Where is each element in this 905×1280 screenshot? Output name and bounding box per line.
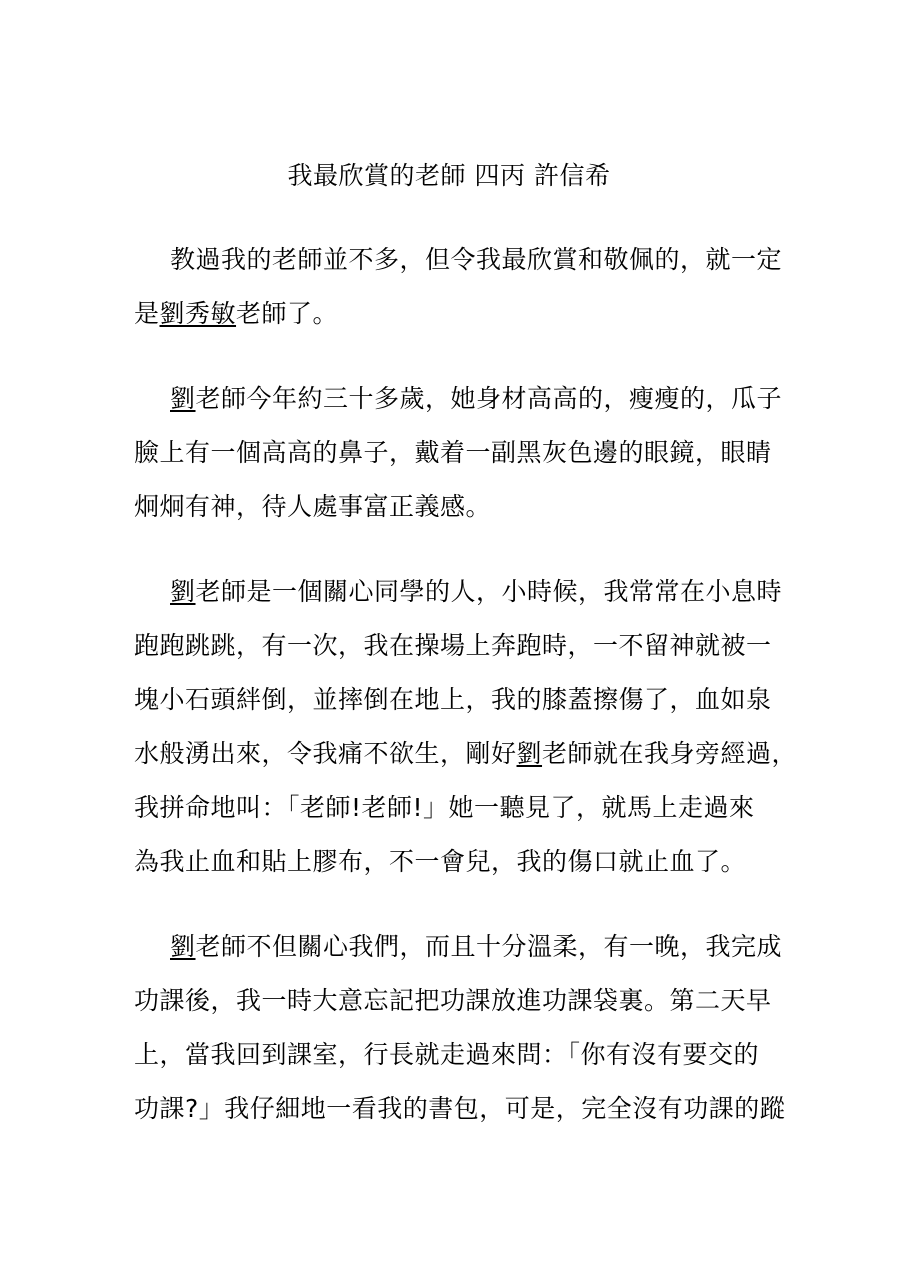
document-body: 教過我的老師並不多，但令我最欣賞和敬佩的，就一定是劉秀敏老師了。劉老師今年約三十… bbox=[134, 233, 795, 1136]
text-segment: 功課後，我一時大意忘記把功課放進功課袋裏。第二天早 bbox=[134, 986, 772, 1015]
text-segment: 水般湧出來，令我痛不欲生，剛好 bbox=[134, 739, 517, 768]
text-line: 塊小石頭絆倒，並摔倒在地上，我的膝蓋擦傷了，血如泉 bbox=[134, 673, 795, 727]
text-line: 為我止血和貼上膠布，不一會兒，我的傷口就止血了。 bbox=[134, 835, 795, 889]
text-segment: 為我止血和貼上膠布，不一會兒，我的傷口就止血了。 bbox=[134, 847, 746, 876]
text-segment: 老師不但關心我們，而且十分溫柔，有一晚，我完成 bbox=[196, 932, 783, 961]
underlined-name: 劉秀敏 bbox=[160, 299, 237, 328]
text-line: 上，當我回到課室，行長就走過來問：「你有沒有要交的 bbox=[134, 1028, 795, 1082]
text-segment: 跑跑跳跳，有一次，我在操場上奔跑時，一不留神就被一 bbox=[134, 631, 772, 660]
text-segment: 上，當我回到課室，行長就走過來問：「你有沒有要交的 bbox=[134, 1040, 759, 1069]
text-segment: 是 bbox=[134, 299, 160, 328]
text-line: 功課後，我一時大意忘記把功課放進功課袋裏。第二天早 bbox=[134, 974, 795, 1028]
text-segment: 老師就在我身旁經過， bbox=[542, 739, 797, 768]
paragraph: 劉老師是一個關心同學的人，小時候，我常常在小息時跑跑跳跳，有一次，我在操場上奔跑… bbox=[134, 565, 795, 889]
text-segment: 教過我的老師並不多，但令我最欣賞和敬佩的，就一定 bbox=[170, 245, 782, 274]
underlined-name: 劉 bbox=[170, 577, 196, 606]
text-segment: 老師了。 bbox=[236, 299, 338, 328]
text-line: 劉老師今年約三十多歲，她身材高高的，瘦瘦的，瓜子 bbox=[134, 372, 795, 426]
underlined-name: 劉 bbox=[517, 739, 543, 768]
text-segment: 功課?」我仔細地一看我的書包，可是，完全沒有功課的蹤 bbox=[134, 1094, 785, 1123]
text-line: 我拼命地叫：「老師!老師!」她一聽見了，就馬上走過來 bbox=[134, 781, 795, 835]
paragraph: 劉老師今年約三十多歲，她身材高高的，瘦瘦的，瓜子臉上有一個高高的鼻子，戴着一副黑… bbox=[134, 372, 795, 534]
text-line: 炯炯有神，待人處事富正義感。 bbox=[134, 480, 795, 534]
document-page: 我最欣賞的老師 四丙 許信希 教過我的老師並不多，但令我最欣賞和敬佩的，就一定是… bbox=[0, 0, 905, 1280]
text-segment: 我拼命地叫：「老師!老師!」她一聽見了，就馬上走過來 bbox=[134, 793, 755, 822]
text-segment: 老師是一個關心同學的人，小時候，我常常在小息時 bbox=[196, 577, 783, 606]
document-title: 我最欣賞的老師 四丙 許信希 bbox=[134, 162, 764, 190]
text-segment: 炯炯有神，待人處事富正義感。 bbox=[134, 492, 491, 521]
text-line: 是劉秀敏老師了。 bbox=[134, 287, 795, 341]
text-line: 臉上有一個高高的鼻子，戴着一副黑灰色邊的眼鏡，眼睛 bbox=[134, 426, 795, 480]
underlined-name: 劉 bbox=[170, 384, 196, 413]
text-line: 水般湧出來，令我痛不欲生，剛好劉老師就在我身旁經過， bbox=[134, 727, 795, 781]
text-line: 跑跑跳跳，有一次，我在操場上奔跑時，一不留神就被一 bbox=[134, 619, 795, 673]
text-segment: 臉上有一個高高的鼻子，戴着一副黑灰色邊的眼鏡，眼睛 bbox=[134, 438, 772, 467]
text-segment: 塊小石頭絆倒，並摔倒在地上，我的膝蓋擦傷了，血如泉 bbox=[134, 685, 772, 714]
text-segment: 老師今年約三十多歲，她身材高高的，瘦瘦的，瓜子 bbox=[196, 384, 783, 413]
text-line: 教過我的老師並不多，但令我最欣賞和敬佩的，就一定 bbox=[134, 233, 795, 287]
text-line: 功課?」我仔細地一看我的書包，可是，完全沒有功課的蹤 bbox=[134, 1082, 795, 1136]
underlined-name: 劉 bbox=[170, 932, 196, 961]
paragraph: 教過我的老師並不多，但令我最欣賞和敬佩的，就一定是劉秀敏老師了。 bbox=[134, 233, 795, 341]
text-line: 劉老師是一個關心同學的人，小時候，我常常在小息時 bbox=[134, 565, 795, 619]
paragraph: 劉老師不但關心我們，而且十分溫柔，有一晚，我完成功課後，我一時大意忘記把功課放進… bbox=[134, 920, 795, 1136]
text-line: 劉老師不但關心我們，而且十分溫柔，有一晚，我完成 bbox=[134, 920, 795, 974]
